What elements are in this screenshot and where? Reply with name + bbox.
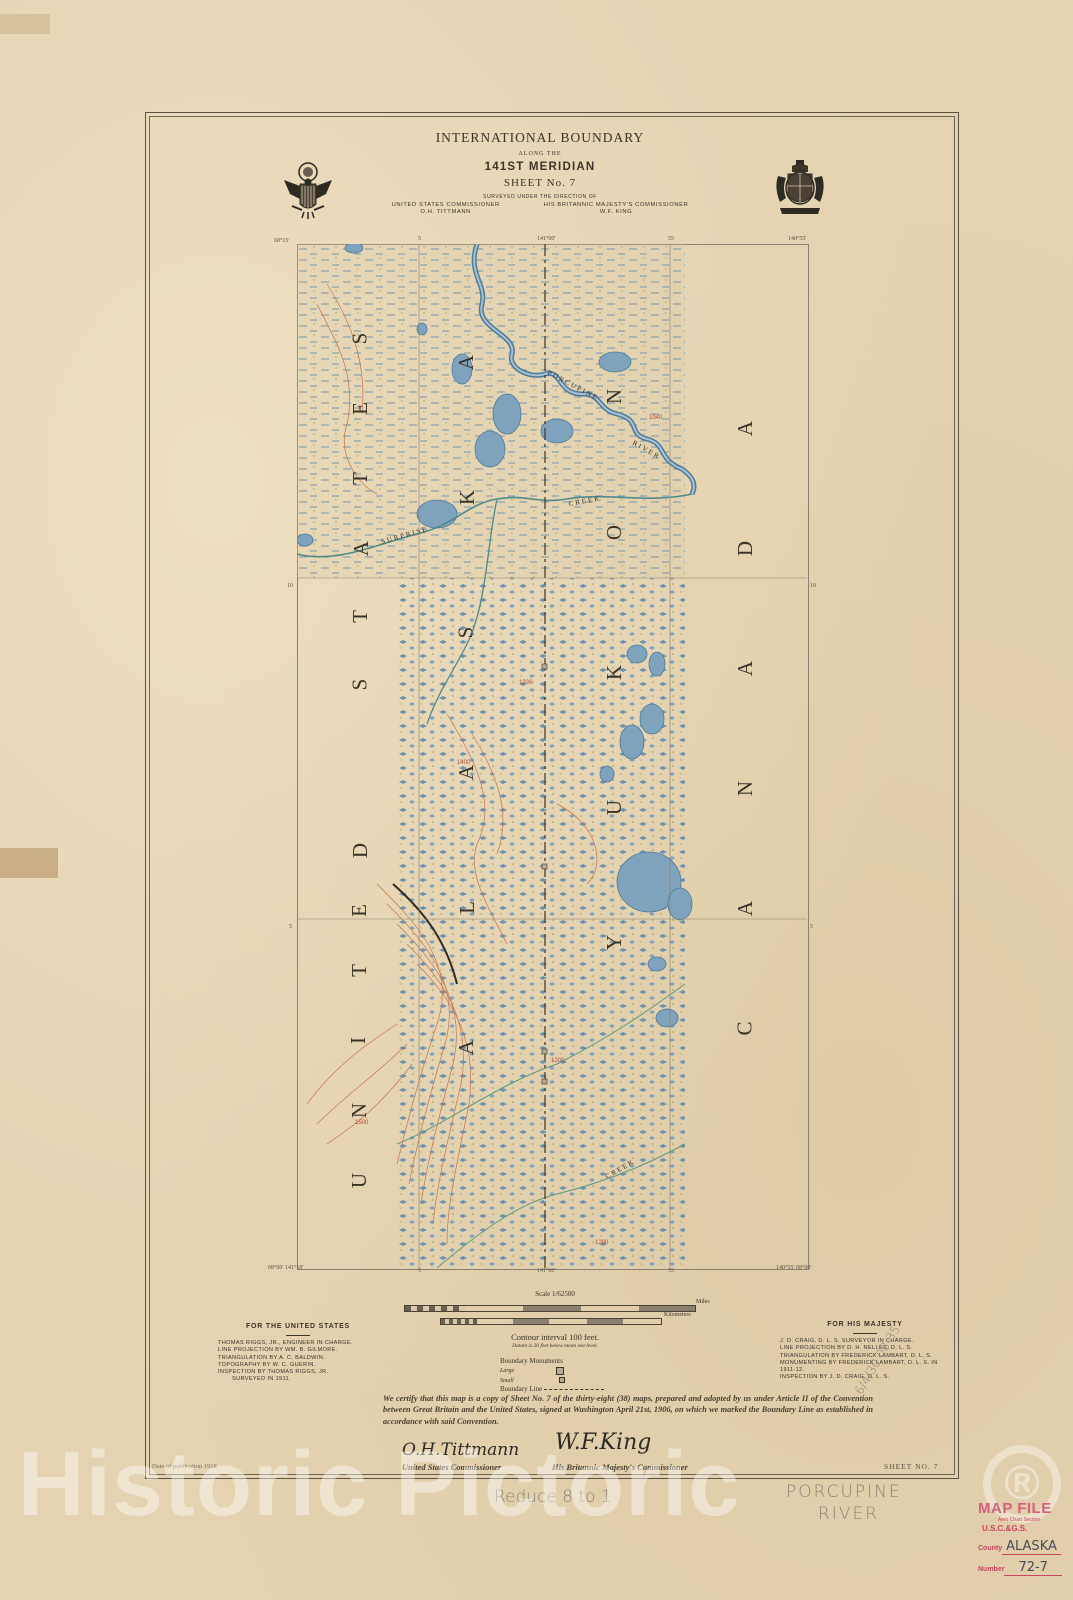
credit-line: LINE PROJECTION BY D. H. NELLES, D. L. S… xyxy=(780,1345,950,1352)
tick-bottom-0: 68°00' 141°10' xyxy=(268,1265,303,1271)
letter: N xyxy=(347,1103,372,1118)
map-file-stamp: MAP FILE Aero Chart Section U.S.C.&G.S. … xyxy=(978,1500,1070,1575)
stamp-number-value: 72-7 xyxy=(1004,1560,1062,1576)
tick-top-3: 55 xyxy=(668,236,674,242)
letter: S xyxy=(347,679,372,691)
letter: E xyxy=(347,904,372,917)
svg-text:1200: 1200 xyxy=(551,1058,565,1064)
letter: A xyxy=(733,661,758,676)
stamp-number-row: Number72-7 xyxy=(978,1560,1070,1575)
pencil-river: RIVER xyxy=(818,1504,879,1524)
title-along: ALONG THE xyxy=(270,151,810,157)
title-meridian: 141ST MERIDIAN xyxy=(270,161,810,173)
us-commissioner: UNITED STATES COMMISSIONER O.H. TITTMANN xyxy=(392,202,500,215)
letter: T xyxy=(347,964,372,977)
credits-uk-heading: FOR HIS MAJESTY xyxy=(780,1320,950,1329)
credit-line: LINE PROJECTION BY WM. B. GILMORE. xyxy=(218,1347,378,1354)
km-label: Kilometers xyxy=(664,1312,691,1318)
commissioners: UNITED STATES COMMISSIONER O.H. TITTMANN… xyxy=(270,202,810,215)
letter: A xyxy=(349,541,374,556)
large-monument-symbol xyxy=(556,1367,564,1375)
scale-block: Scale 1/62500 Miles Kilometers Contour i… xyxy=(400,1290,710,1395)
svg-text:1200: 1200 xyxy=(595,1240,609,1246)
tick-right-10: 10 xyxy=(810,583,816,589)
title-main: INTERNATIONAL BOUNDARY xyxy=(270,130,810,146)
datum-note: Datum is 20 feet below mean sea level. xyxy=(400,1343,710,1349)
tick-bottom-1: 5 xyxy=(418,1268,421,1274)
letter: T xyxy=(348,610,373,623)
british-commissioner-title: HIS BRITANNIC MAJESTY'S COMMISSIONER xyxy=(544,202,689,209)
tape-stain-top xyxy=(0,14,50,34)
letter: K xyxy=(455,490,480,505)
credits-united-states: FOR THE UNITED STATES THOMAS RIGGS, JR.,… xyxy=(218,1322,378,1384)
letter: D xyxy=(348,843,373,858)
legend-large: Large xyxy=(500,1366,710,1375)
letter: D xyxy=(733,541,758,556)
topographic-map: 1040 1336 1400 1500 1200 1200 PORCUPINE … xyxy=(297,244,807,1268)
svg-text:1500: 1500 xyxy=(355,1120,369,1126)
letter: O xyxy=(602,525,627,540)
tick-bottom-3: 55 xyxy=(668,1268,674,1274)
stamp-county-row: CountyALASKA xyxy=(978,1539,1070,1554)
boundary-line-symbol xyxy=(544,1389,604,1390)
stamp-number-label: Number xyxy=(978,1566,1004,1573)
credit-line: J. D. CRAIG, D. L. S. SURVEYOR IN CHARGE… xyxy=(780,1338,950,1345)
svg-text:1040: 1040 xyxy=(649,415,663,421)
stamp-title: MAP FILE xyxy=(978,1500,1070,1517)
tick-right-5: 5 xyxy=(810,924,813,930)
credit-line: THOMAS RIGGS, JR., ENGINEER IN CHARGE. xyxy=(218,1340,378,1347)
letter: S xyxy=(453,627,478,639)
stamp-county-label: County xyxy=(978,1545,1002,1552)
scale-title: Scale 1/62500 xyxy=(400,1290,710,1298)
tape-stain xyxy=(0,848,58,878)
letter: N xyxy=(733,781,758,796)
letter: K xyxy=(602,665,627,680)
letter: L xyxy=(455,901,480,914)
stamp-county-value: ALASKA xyxy=(1002,1539,1061,1555)
tick-left-5: 5 xyxy=(289,924,292,930)
small-monument-symbol xyxy=(559,1377,565,1383)
letter: A xyxy=(454,1040,479,1055)
pencil-porcupine: PORCUPINE xyxy=(786,1482,902,1502)
letter: A xyxy=(454,355,479,370)
legend: Boundary Monuments Large Small Boundary … xyxy=(400,1357,710,1395)
scale-bar-miles: Miles xyxy=(400,1298,710,1312)
certification-text: We certify that this map is a copy of Sh… xyxy=(383,1393,873,1427)
contour-interval: Contour interval 100 feet. xyxy=(400,1332,710,1342)
british-commissioner-name: W.F. KING xyxy=(544,209,689,216)
us-commissioner-title: UNITED STATES COMMISSIONER xyxy=(392,202,500,209)
tick-bottom-4: 140°55' 68°00' xyxy=(776,1265,811,1271)
legend-title: Boundary Monuments xyxy=(500,1357,710,1366)
tick-top-0: 68°15' xyxy=(274,238,289,244)
us-commissioner-name: O.H. TITTMANN xyxy=(392,209,500,216)
credit-line: TOPOGRAPHY BY W. C. GUERIN. xyxy=(218,1362,378,1369)
divider xyxy=(286,1335,310,1336)
letter: U xyxy=(602,800,627,815)
letter: U xyxy=(347,1173,372,1188)
svg-text:1336: 1336 xyxy=(519,680,533,686)
legend-small-label: Small xyxy=(500,1378,514,1384)
letter: E xyxy=(348,402,373,415)
title-surveyed: SURVEYED UNDER THE DIRECTION OF xyxy=(270,194,810,200)
letter: C xyxy=(733,1021,758,1035)
sheet-number-footer: SHEET NO. 7 xyxy=(884,1462,938,1471)
credit-line: TRIANGULATION BY FREDERICK LAMBART, D. L… xyxy=(780,1353,950,1360)
tick-top-2: 141°00' xyxy=(537,236,555,242)
letter: A xyxy=(733,421,758,436)
letter: Y xyxy=(602,935,627,950)
letter: T xyxy=(348,472,373,485)
credit-line: SURVEYED IN 1911. xyxy=(218,1376,378,1383)
credits-us-heading: FOR THE UNITED STATES xyxy=(218,1322,378,1331)
letter: A xyxy=(733,901,758,916)
letter: A xyxy=(454,765,479,780)
stamp-agency: U.S.C.&G.S. xyxy=(982,1524,1070,1533)
letter: S xyxy=(347,333,372,345)
tick-top-1: 5 xyxy=(418,236,421,242)
tick-bottom-2: 141°00' xyxy=(537,1268,555,1274)
watermark-text: Historic Pictoric xyxy=(18,1432,741,1537)
divider xyxy=(853,1333,877,1334)
title-sheet: SHEET No. 7 xyxy=(270,177,810,189)
tick-left-10: 10 xyxy=(287,583,293,589)
title-block: INTERNATIONAL BOUNDARY ALONG THE 141ST M… xyxy=(270,126,810,215)
miles-label: Miles xyxy=(696,1299,710,1305)
scale-bar-km: Kilometers xyxy=(400,1312,710,1324)
legend-large-label: Large xyxy=(500,1368,514,1374)
stamp-subtitle: Aero Chart Section xyxy=(968,1517,1070,1523)
letter: I xyxy=(346,1037,371,1044)
legend-small: Small xyxy=(500,1376,710,1385)
british-commissioner: HIS BRITANNIC MAJESTY'S COMMISSIONER W.F… xyxy=(544,202,689,215)
credit-line: INSPECTION BY THOMAS RIGGS, JR. xyxy=(218,1369,378,1376)
tick-top-4: 140°55' xyxy=(788,236,806,242)
letter: N xyxy=(602,389,627,404)
credit-line: TRIANGULATION BY A. C. BALDWIN. xyxy=(218,1355,378,1362)
